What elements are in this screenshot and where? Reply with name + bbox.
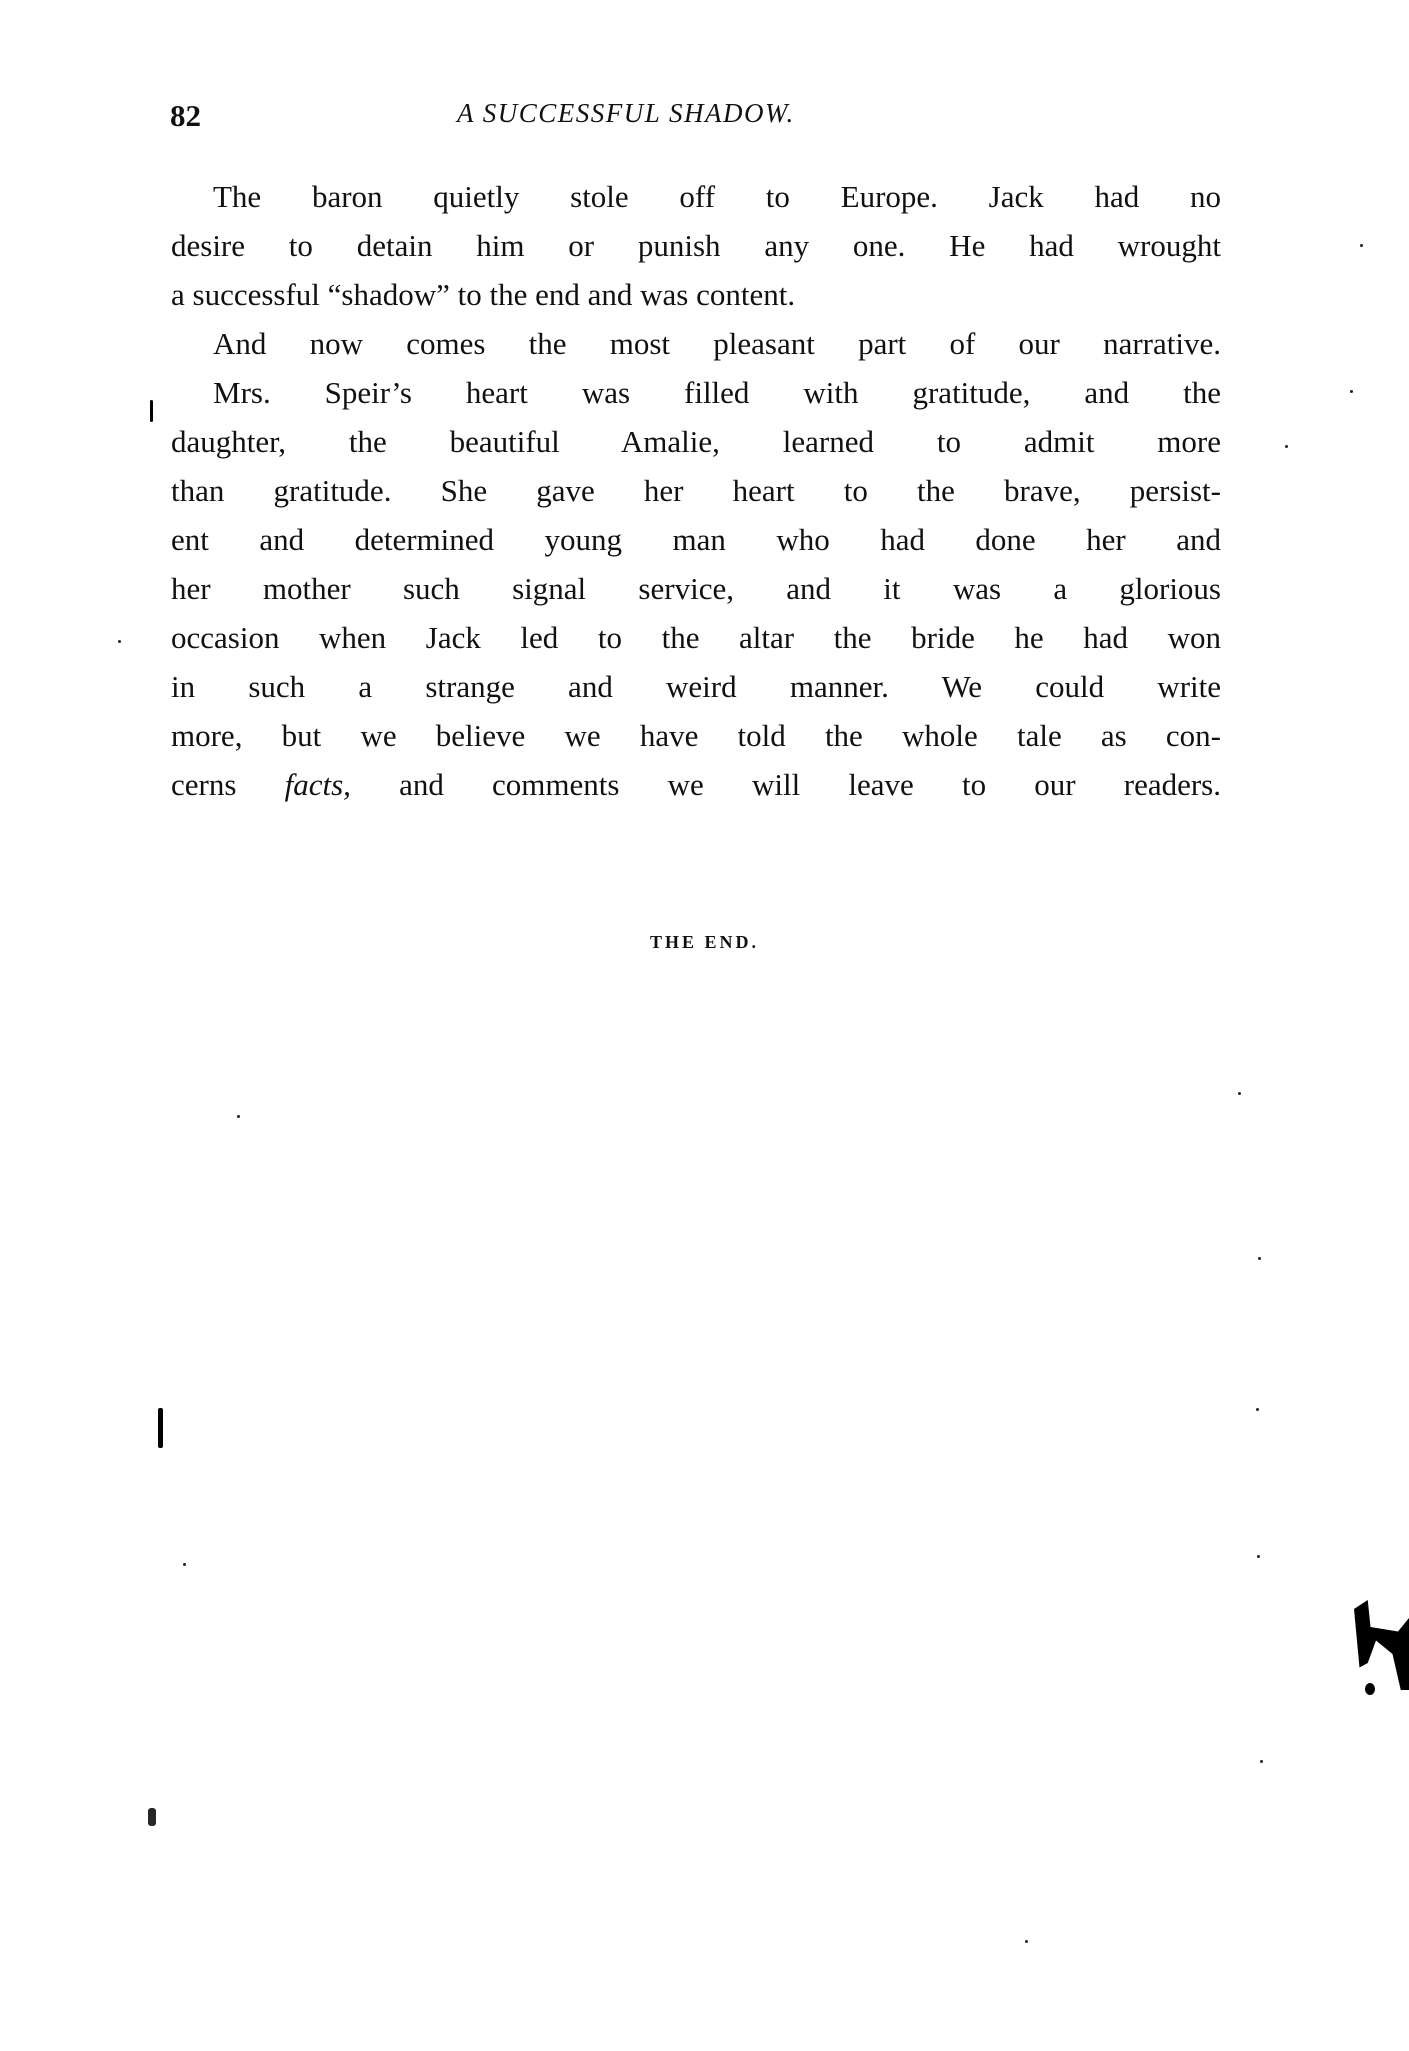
text-line: And now comes the most pleasant part of …	[171, 319, 1221, 368]
speck	[1260, 1760, 1263, 1763]
book-page: 82 A SUCCESSFUL SHADOW. The baron quietl…	[0, 0, 1409, 2051]
text-line: a successful “shadow” to the end and was…	[171, 270, 1221, 319]
text-line: daughter, the beautiful Amalie, learned …	[171, 417, 1221, 466]
speck	[1350, 390, 1353, 393]
speck	[1258, 1257, 1261, 1260]
speck	[1360, 244, 1363, 247]
the-end-label: THE END.	[0, 932, 1409, 953]
italic-word: facts,	[285, 767, 351, 802]
speck	[1285, 445, 1288, 448]
text-line: desire to detain him or punish any one. …	[171, 221, 1221, 270]
margin-mark-left-middle	[158, 1408, 163, 1448]
text-line: in such a strange and weird manner. We c…	[171, 662, 1221, 711]
speck	[237, 1115, 240, 1118]
speck	[183, 1563, 186, 1566]
margin-mark-left-bottom	[148, 1808, 156, 1826]
speck	[1238, 1092, 1241, 1095]
speck	[1256, 1408, 1259, 1411]
text-line: Mrs. Speir’s heart was filled with grati…	[171, 368, 1221, 417]
text-fragment: cerns	[171, 767, 285, 802]
text-line: ent and determined young man who had don…	[171, 515, 1221, 564]
page-number: 82	[170, 98, 201, 134]
speck	[1257, 1555, 1260, 1558]
text-line-final: cerns facts, and comments we will leave …	[171, 760, 1221, 809]
speck	[1025, 1940, 1028, 1943]
text-line: more, but we believe we have told the wh…	[171, 711, 1221, 760]
text-line: than gratitude. She gave her heart to th…	[171, 466, 1221, 515]
speck	[118, 640, 121, 643]
ink-blot-right-edge-dot	[1365, 1683, 1375, 1695]
running-head-title: A SUCCESSFUL SHADOW.	[457, 98, 937, 129]
text-fragment: and comments we will leave to our reader…	[351, 767, 1221, 802]
margin-mark-left-top	[150, 400, 153, 422]
text-line: The baron quietly stole off to Europe. J…	[171, 172, 1221, 221]
ink-blot-right-edge	[1354, 1600, 1409, 1690]
body-text: The baron quietly stole off to Europe. J…	[171, 172, 1221, 809]
text-line: occasion when Jack led to the altar the …	[171, 613, 1221, 662]
text-line: her mother such signal service, and it w…	[171, 564, 1221, 613]
